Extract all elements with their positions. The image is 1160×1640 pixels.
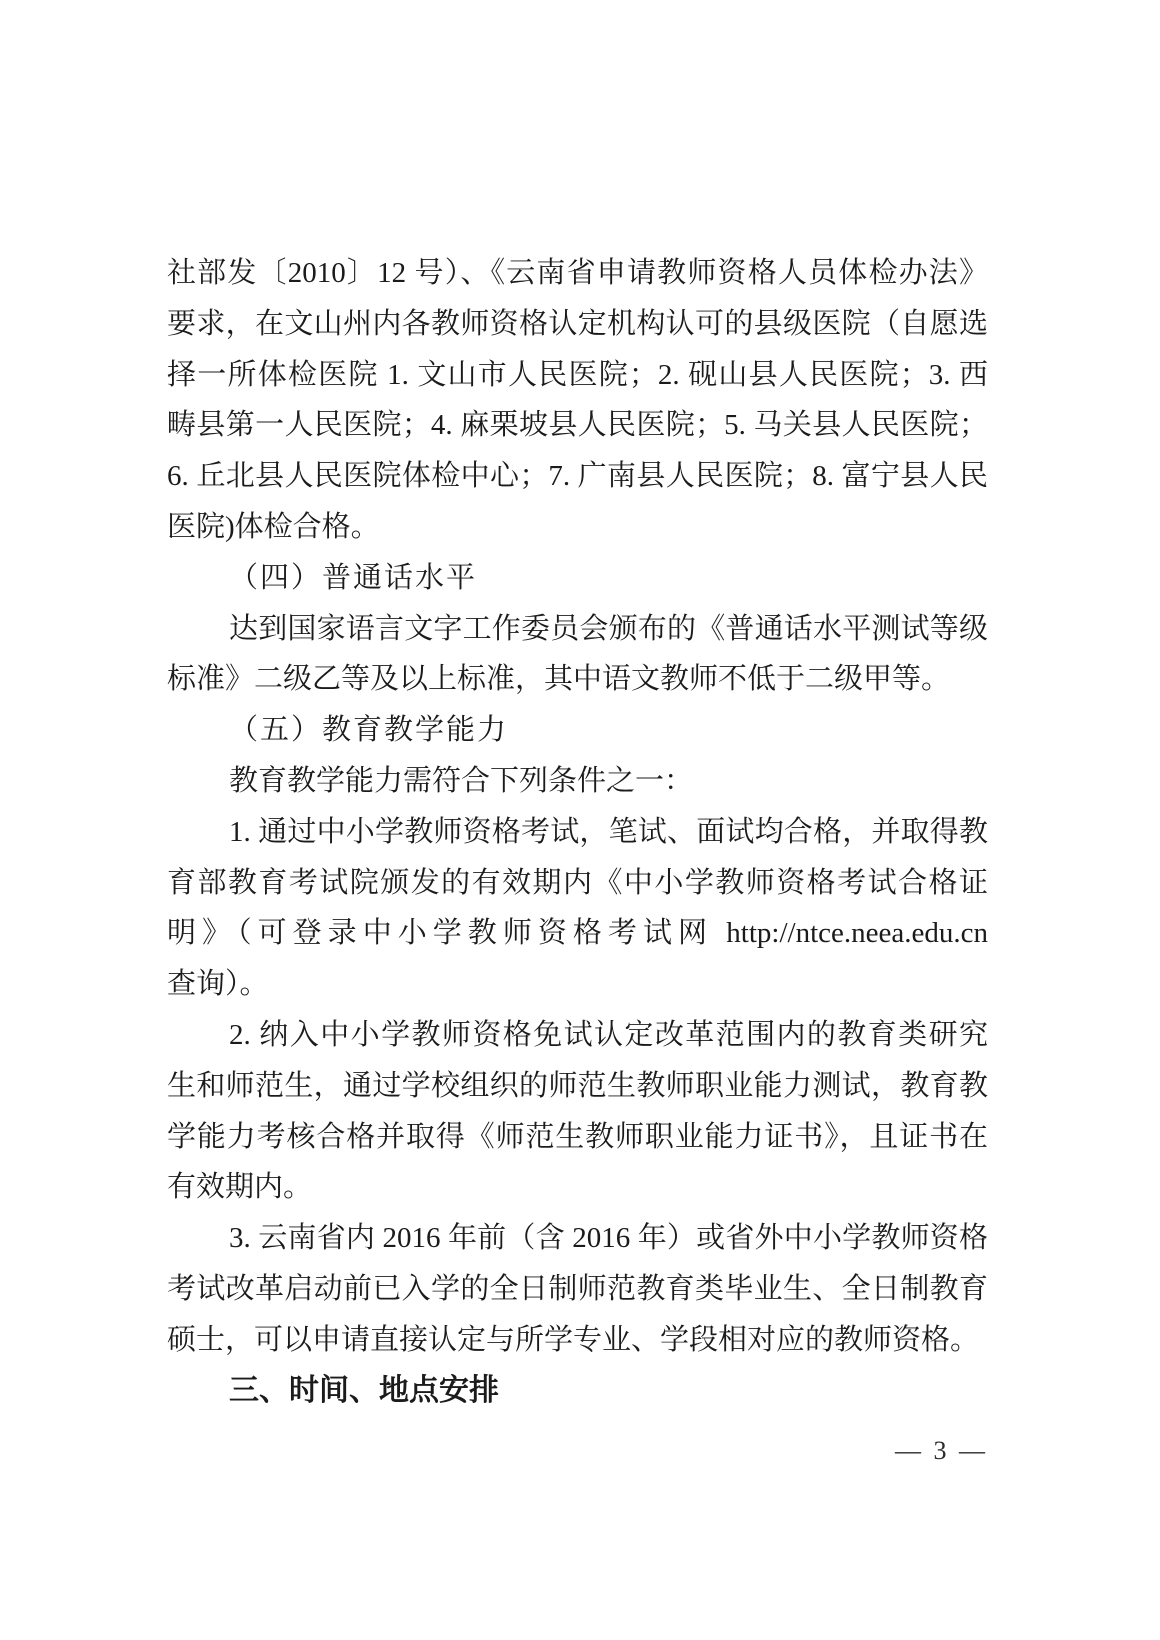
body-text-line: 1. 通过中小学教师资格考试，笔试、面试均合格，并取得教 <box>167 807 988 858</box>
document-page: 社部发〔2010〕12 号）、《云南省申请教师资格人员体检办法》要求，在文山州内… <box>0 0 1160 1640</box>
body-text-line: 有效期内。 <box>167 1162 988 1213</box>
body-text-line: 育部教育考试院颁发的有效期内《中小学教师资格考试合格证 <box>167 858 988 909</box>
body-text-line: 要求，在文山州内各教师资格认定机构认可的县级医院（自愿选 <box>167 299 988 350</box>
body-text-line: 社部发〔2010〕12 号）、《云南省申请教师资格人员体检办法》 <box>167 248 988 299</box>
body-text-line: 医院)体检合格。 <box>167 502 988 553</box>
body-text-line: 明》（可登录中小学教师资格考试网 http://ntce.neea.edu.cn <box>167 908 988 959</box>
page-footer: — 3 — <box>895 1436 988 1466</box>
body-text-line: 畴县第一人民医院；4. 麻栗坡县人民医院；5. 马关县人民医院； <box>167 400 988 451</box>
body-text-line: 查询）。 <box>167 959 988 1010</box>
body-text-line: 2. 纳入中小学教师资格免试认定改革范围内的教育类研究 <box>167 1010 988 1061</box>
body-text-line: 学能力考核合格并取得《师范生教师职业能力证书》，且证书在 <box>167 1112 988 1163</box>
body-text-line: 达到国家语言文字工作委员会颁布的《普通话水平测试等级 <box>167 604 988 655</box>
body-text-line: 6. 丘北县人民医院体检中心；7. 广南县人民医院；8. 富宁县人民 <box>167 451 988 502</box>
section-heading: 三、时间、地点安排 <box>167 1366 988 1417</box>
document-body: 社部发〔2010〕12 号）、《云南省申请教师资格人员体检办法》要求，在文山州内… <box>167 248 988 1416</box>
body-text-line: 择一所体检医院 1. 文山市人民医院；2. 砚山县人民医院；3. 西 <box>167 350 988 401</box>
body-text-line: 考试改革启动前已入学的全日制师范教育类毕业生、全日制教育 <box>167 1264 988 1315</box>
page-number: — 3 — <box>895 1436 988 1465</box>
body-text-line: 生和师范生，通过学校组织的师范生教师职业能力测试，教育教 <box>167 1061 988 1112</box>
body-text-line: 3. 云南省内 2016 年前（含 2016 年）或省外中小学教师资格 <box>167 1213 988 1264</box>
body-text-line: 硕士，可以申请直接认定与所学专业、学段相对应的教师资格。 <box>167 1315 988 1366</box>
subsection-heading: （四）普通话水平 <box>167 553 988 604</box>
subsection-heading: （五）教育教学能力 <box>167 705 988 756</box>
body-text-line: 标准》二级乙等及以上标准，其中语文教师不低于二级甲等。 <box>167 654 988 705</box>
body-text-line: 教育教学能力需符合下列条件之一： <box>167 756 988 807</box>
